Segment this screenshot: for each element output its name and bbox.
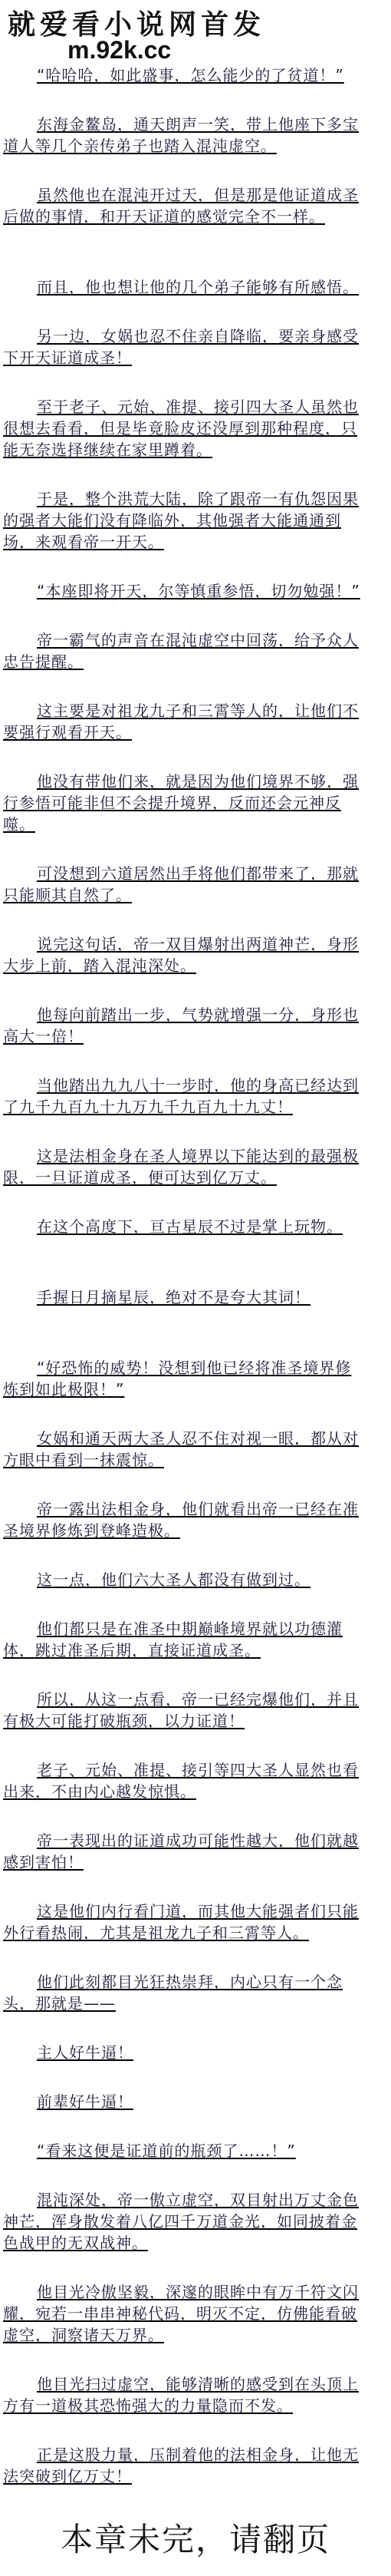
paragraph: 这是他们内行看门道，而其他大能强者们只能外行看热闹，尤其是祖龙九子和三霄等人。: [0, 1901, 366, 1944]
paragraph: “好恐怖的威势！没想到他已经将准圣境界修炼到如此极限！”: [0, 1357, 366, 1400]
paragraph: 所以，从这一点看，帝一已经完爆他们，并且有极大可能打破瓶颈，以力证道！: [0, 1689, 366, 1732]
reader-page: 就爱看小说网首发 m.92k.cc “哈哈哈，如此盛事，怎么能少的了贫道！” 东…: [0, 0, 391, 2561]
paragraph: 他们此刻都目光狂热崇拜，内心只有一个念头，那就是——: [0, 1971, 366, 2014]
paragraph: 这主要是对祖龙九子和三霄等人的，让他们不要强行观看开天。: [0, 700, 366, 743]
chapter-content: “哈哈哈，如此盛事，怎么能少的了贫道！” 东海金鳌岛，通天朗声一笑，带上他座下多…: [0, 64, 391, 2487]
paragraph: “哈哈哈，如此盛事，怎么能少的了贫道！”: [0, 64, 366, 86]
paragraph: 前辈好牛逼！: [0, 2091, 366, 2112]
paragraph: 这是法相金身在圣人境界以下能达到的最强极限，一旦证道成圣，便可达到亿万丈。: [0, 1145, 366, 1188]
paragraph: 这一点，他们六大圣人都没有做到过。: [0, 1569, 366, 1590]
paragraph: “看来这便是证道前的瓶颈了……！”: [0, 2140, 366, 2162]
paragraph: 至于老子、元始、准提、接引四大圣人虽然也很想去看看，但是毕竟脸皮还没厚到那种程度…: [0, 396, 366, 461]
paragraph: 另一边，女娲也忍不住亲自降临，要亲身感受下开天证道成圣！: [0, 325, 366, 368]
paragraph: 帝一表现出的证道成功可能性越大，他们就越感到害怕！: [0, 1830, 366, 1873]
paragraph: 在这个高度下，亘古星辰不过是掌上玩物。: [0, 1216, 366, 1237]
paragraph: 帝一露出法相金身，他们就看出帝一已经在准圣境界修炼到登峰造极。: [0, 1498, 366, 1541]
paragraph: 手握日月摘星辰，绝对不是夸大其词！: [0, 1286, 366, 1308]
paragraph: 帝一霸气的声音在混沌虚空中回荡，给予众人忠告提醒。: [0, 629, 366, 672]
site-title: 就爱看小说网首发: [0, 0, 391, 40]
chapter-continues-notice[interactable]: 本章未完，请翻页: [0, 2515, 391, 2561]
paragraph: “本座即将开天，尔等慎重参悟，切勿勉强！”: [0, 580, 366, 602]
paragraph: 混沌深处，帝一傲立虚空，双目射出万丈金色神芒，浑身散发着八亿四千万道金光，如同披…: [0, 2189, 366, 2254]
paragraph: 正是这股力量，压制着他的法相金身，让他无法突破到亿万丈！: [0, 2444, 366, 2487]
paragraph: 他每向前踏出一步，气势就增强一分，身形也高大一倍！: [0, 1004, 366, 1047]
paragraph: 东海金鳌岛，通天朗声一笑，带上他座下多宝道人等几个亲传弟子也踏入混沌虚空。: [0, 114, 366, 157]
paragraph: 于是，整个洪荒大陆，除了跟帝一有仇怨因果的强者大能们没有降临外，其他强者大能通通…: [0, 488, 366, 553]
paragraph: 他目光扫过虚空，能够清晰的感受到在头顶上方有一道极其恐怖强大的力量隐而不发。: [0, 2373, 366, 2416]
paragraph: 主人好牛逼！: [0, 2042, 366, 2063]
site-url[interactable]: m.92k.cc: [0, 38, 391, 61]
paragraph: 说完这句话，帝一双目爆射出两道神芒，身形大步上前，踏入混沌深处。: [0, 933, 366, 976]
paragraph: 女娲和通天两大圣人忍不住对视一眼，都从对方眼中看到一抹震惊。: [0, 1428, 366, 1471]
paragraph: 而且，他也想让他的几个弟子能够有所感悟。: [0, 276, 366, 298]
paragraph: 他目光冷傲坚毅，深邃的眼眸中有万千符文闪耀，宛若一串串神秘代码，明灭不定，仿佛能…: [0, 2281, 366, 2346]
paragraph: 可没想到六道居然出手将他们都带来了，那就只能顺其自然了。: [0, 863, 366, 906]
paragraph: 当他踏出九九八十一步时，他的身高已经达到了九千九百九十九万九千九百九十九丈！: [0, 1075, 366, 1118]
paragraph: 他没有带他们来，就是因为他们境界不够，强行参悟可能非但不会提升境界，反而还会元神…: [0, 771, 366, 835]
paragraph: 他们都只是在准圣中期巅峰境界就以功德灌体，跳过准圣后期，直接证道成圣。: [0, 1618, 366, 1661]
paragraph: 老子、元始、准提、接引等四大圣人显然也看出来，不由内心越发惊惧。: [0, 1759, 366, 1802]
paragraph: 虽然他也在混沌开过天，但是那是他证道成圣后做的事情，和开天证道的感觉完全不一样。: [0, 184, 366, 227]
